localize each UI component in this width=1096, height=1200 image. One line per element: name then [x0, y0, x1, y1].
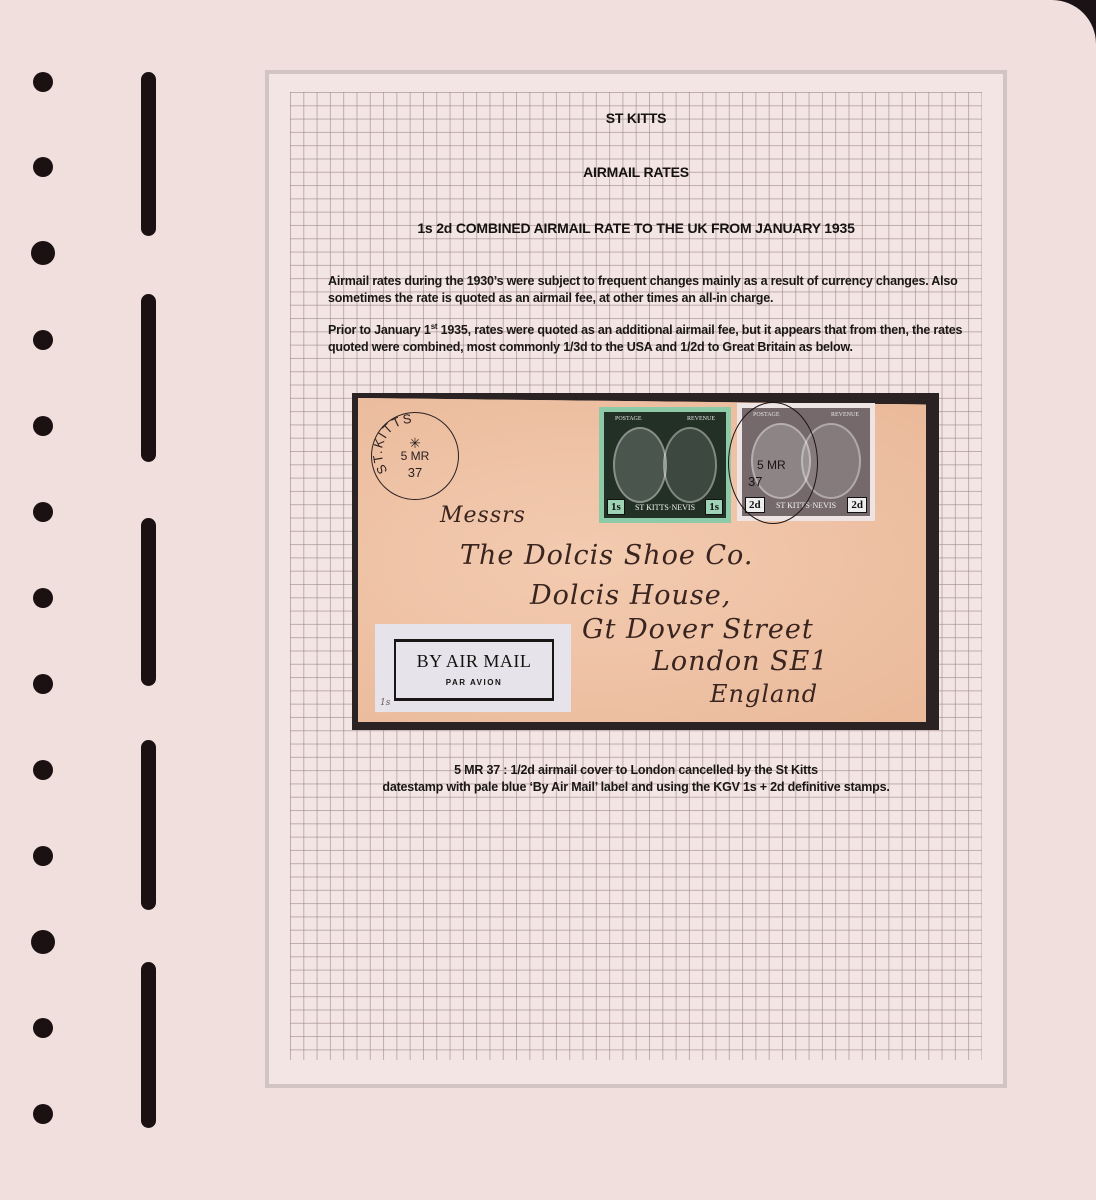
binder-round-hole [33, 846, 53, 866]
binder-round-hole [33, 72, 53, 92]
stamp-revenue-text: REVENUE [831, 412, 859, 418]
postmark-date: 5 MR [372, 449, 458, 463]
address-line: London SE1 [652, 646, 828, 677]
binder-round-hole [31, 241, 55, 265]
stamp-revenue-text: REVENUE [687, 416, 715, 422]
by-air-mail-label: BY AIR MAIL PAR AVION [375, 624, 571, 712]
stamp-value: 1s [607, 499, 625, 515]
st-kitts-datestamp: ST.KITTS ✳ 5 MR 37 [371, 412, 459, 500]
address-line: England [710, 680, 818, 708]
binder-slot-hole [141, 294, 156, 462]
binder-slot-hole [141, 518, 156, 686]
rate-paragraph: Prior to January 1st 1935, rates were qu… [328, 318, 968, 356]
label-border: BY AIR MAIL PAR AVION [394, 639, 554, 701]
cancellation-year: 37 [748, 474, 762, 489]
binder-slot-hole [141, 962, 156, 1128]
label-main-text: BY AIR MAIL [396, 651, 552, 672]
binder-round-hole [33, 502, 53, 522]
binder-round-hole [33, 1018, 53, 1038]
binder-round-hole [33, 416, 53, 436]
label-sub-text: PAR AVION [396, 678, 552, 687]
binder-round-hole [31, 930, 55, 954]
album-page: ST KITTS AIRMAIL RATES 1s 2d COMBINED AI… [0, 0, 1096, 1200]
binder-slot-hole [141, 740, 156, 910]
page-title: ST KITTS [290, 110, 982, 126]
address-line: Messrs [440, 503, 526, 528]
binder-round-hole [33, 157, 53, 177]
king-portrait-icon [613, 427, 667, 503]
address-line: The Dolcis Shoe Co. [460, 540, 753, 571]
postmark-year: 37 [372, 465, 458, 480]
colony-seal-icon [663, 427, 717, 503]
binder-round-hole [33, 330, 53, 350]
cancellation-date: 5 MR [757, 458, 786, 472]
stamp-country: ST KITTS·NEVIS [635, 503, 695, 512]
binder-round-hole [33, 760, 53, 780]
intro-paragraph: Airmail rates during the 1930’s were sub… [328, 273, 968, 307]
rate-paragraph-text: Prior to January 1 [328, 323, 431, 337]
stamp-1s: POSTAGEREVENUE 1s ST KITTS·NEVIS 1s [599, 407, 731, 523]
cover-caption-line1: 5 MR 37 : 1/2d airmail cover to London c… [290, 762, 982, 779]
binder-slot-hole [141, 72, 156, 236]
pencil-note: 1s [380, 698, 390, 708]
binder-round-hole [33, 1104, 53, 1124]
binder-round-hole [33, 588, 53, 608]
stamp-value: 1s [705, 499, 723, 515]
binder-round-hole [33, 674, 53, 694]
address-line: Gt Dover Street [582, 614, 814, 645]
rate-heading: 1s 2d COMBINED AIRMAIL RATE TO THE UK FR… [290, 220, 982, 236]
cover-caption-line2: datestamp with pale blue ‘By Air Mail’ l… [290, 779, 982, 796]
stamp-value: 2d [847, 497, 867, 513]
address-line: Dolcis House, [530, 580, 731, 611]
stamp-postage-text: POSTAGE [615, 416, 642, 422]
section-title: AIRMAIL RATES [290, 164, 982, 180]
